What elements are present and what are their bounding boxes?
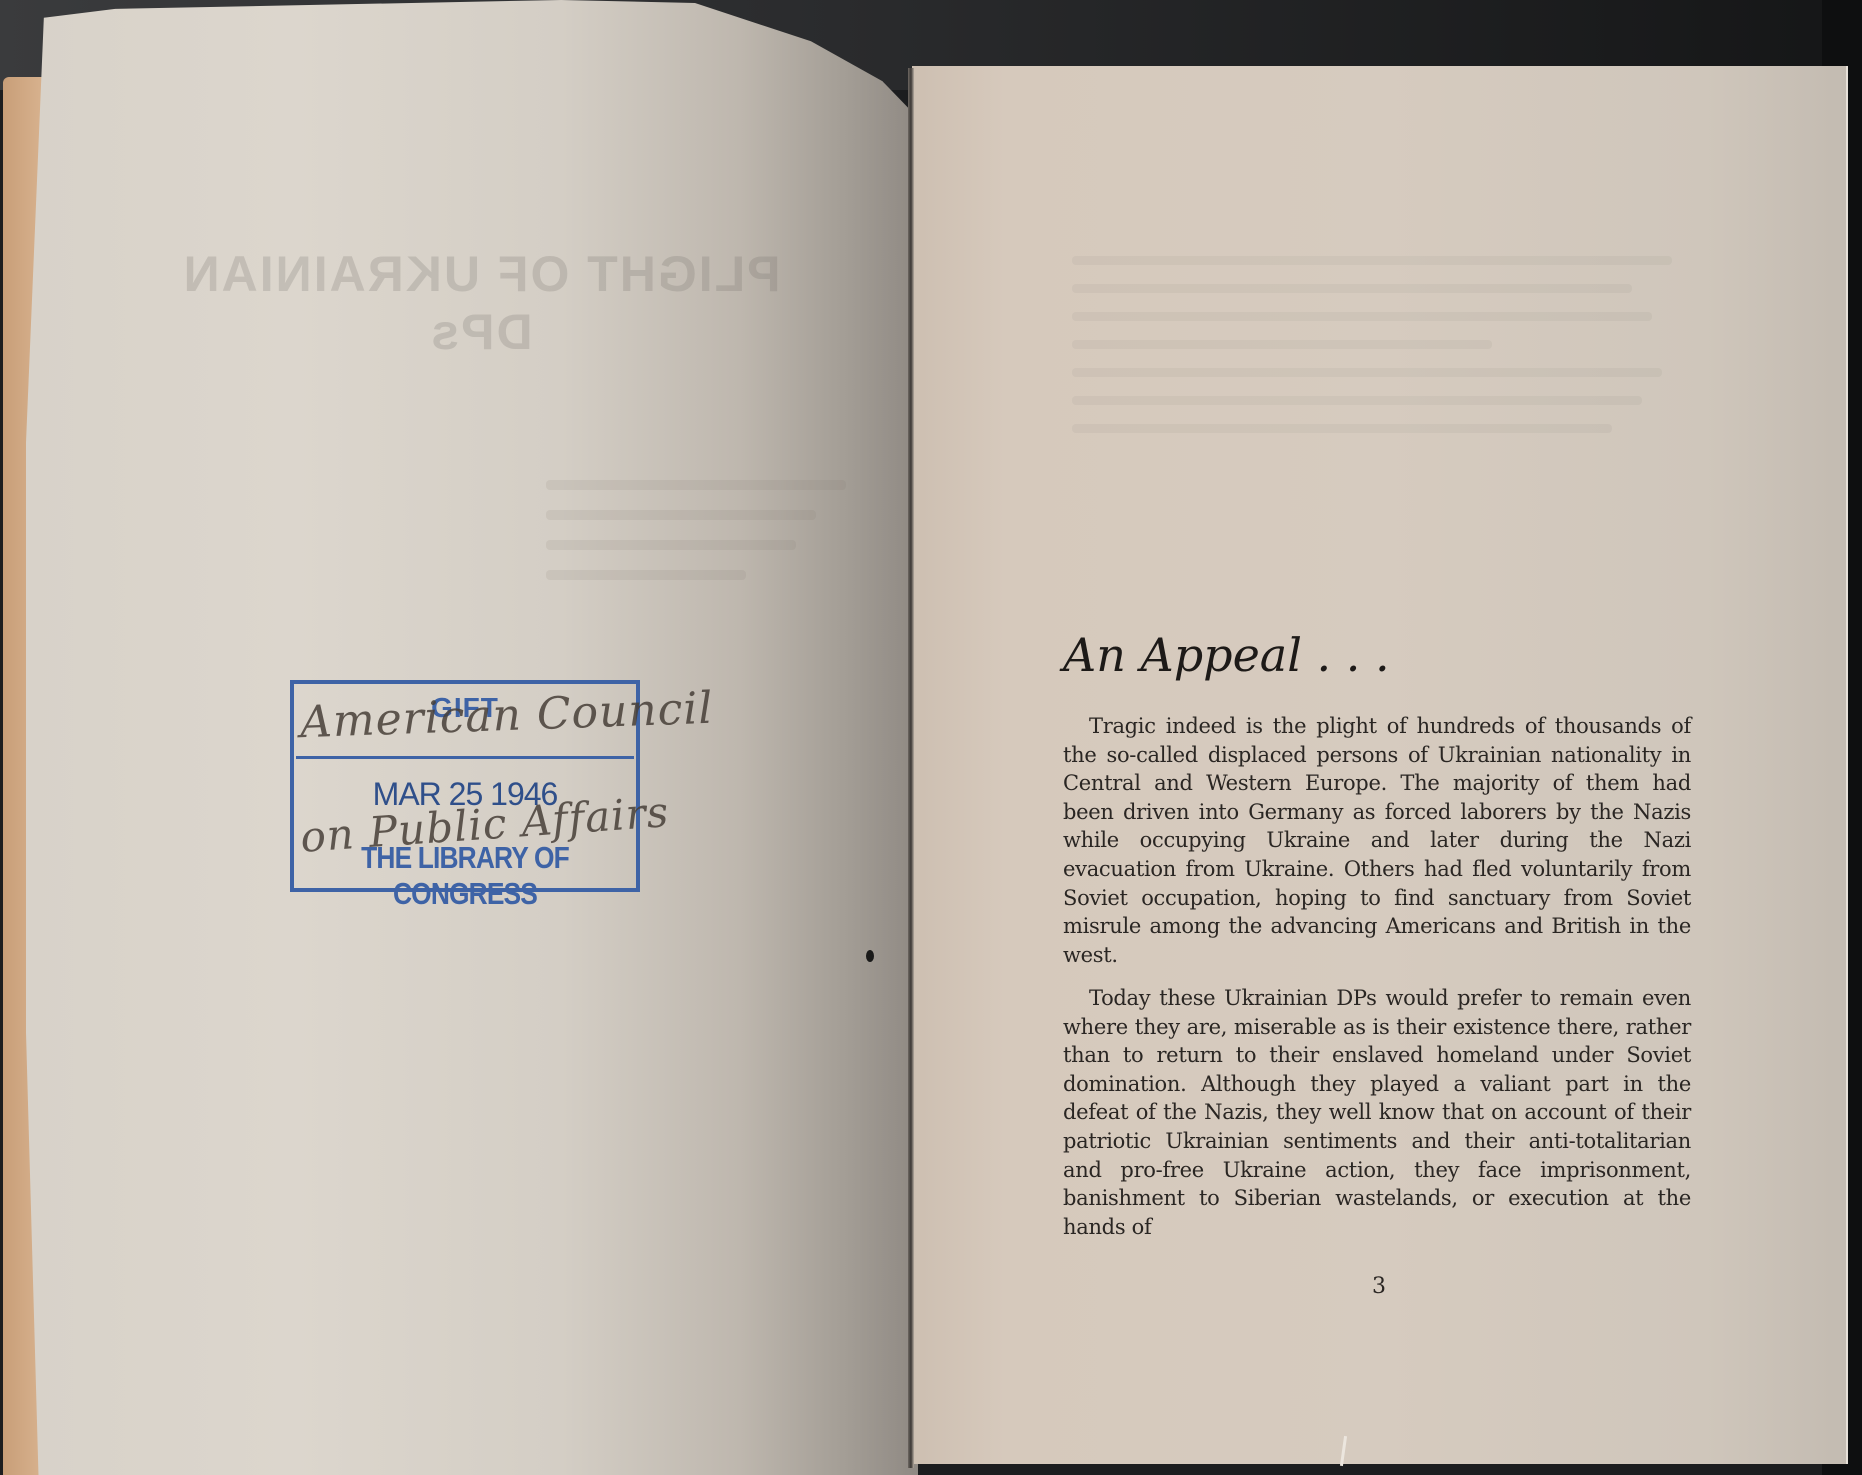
page-heading: An Appeal . . . (1063, 628, 1390, 682)
ink-spot (866, 950, 874, 962)
show-through-text (546, 480, 846, 600)
show-through-title: PLIGHT OF UKRAINIAN DPs (176, 245, 786, 361)
right-page: An Appeal . . . Tragic indeed is the pli… (912, 66, 1848, 1464)
show-through-text (1072, 256, 1672, 452)
paragraph-1: Tragic indeed is the plight of hundreds … (1063, 712, 1691, 969)
stamp-divider (296, 756, 634, 759)
book-gutter (908, 68, 914, 1468)
paper-tear (1340, 1436, 1347, 1466)
paragraph-2: Today these Ukrainian DPs would prefer t… (1063, 984, 1691, 1241)
page-number: 3 (1372, 1274, 1386, 1299)
